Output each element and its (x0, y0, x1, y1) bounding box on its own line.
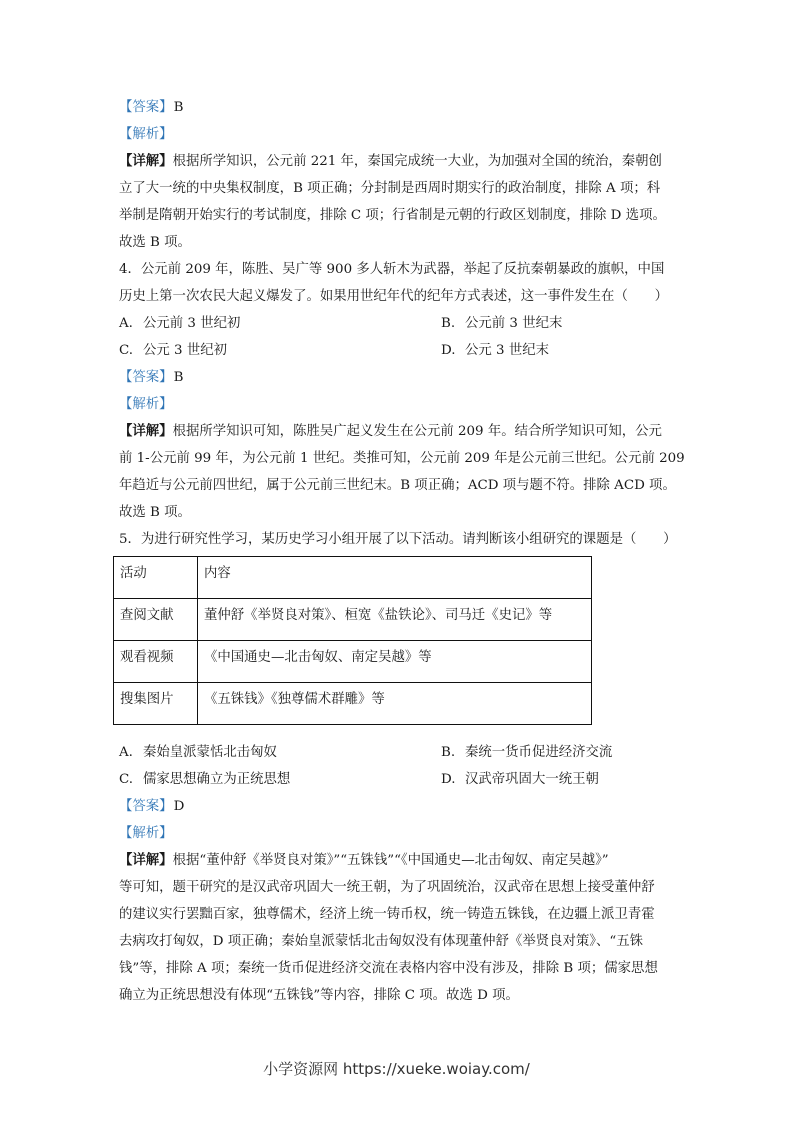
option-a: A.秦始皇派蒙恬北击匈奴 (119, 739, 441, 766)
options-grid: A.秦始皇派蒙恬北击匈奴 B.秦统一货币促进经济交流 C.儒家思想确立为正统思想… (119, 739, 679, 793)
detail-label: 【详解】 (119, 423, 173, 439)
answer-value: D (174, 799, 185, 814)
option-b: B.公元前 3 世纪末 (441, 310, 681, 337)
detail-line: 立了大一统的中央集权制度，B 项正确；分封制是西周时期实行的政治制度，排除 A … (119, 175, 679, 202)
question-stem: 5．为进行研究性学习，某历史学习小组开展了以下活动。请判断该小组研究的课题是（ … (119, 526, 679, 553)
detail-line: 【详解】根据所学知识可知，陈胜吴广起义发生在公元前 209 年。结合所学知识可知… (119, 418, 679, 445)
detail-line: 的建议实行罢黜百家，独尊儒术，经济上统一铸币权，统一铸造五铢钱，在边疆上派卫青霍 (119, 901, 679, 928)
detail-line: 举制是隋朝开始实行的考试制度，排除 C 项；行省制是元朝的行政区划制度，排除 D… (119, 202, 679, 229)
footer-watermark: 小学资源网 https://xueke.woiay.com/ (0, 1058, 793, 1079)
table-cell: 查阅文献 (114, 599, 198, 641)
answer-line: 【答案】D (119, 793, 679, 820)
detail-line: 等可知，题干研究的是汉武帝巩固大一统王朝，为了巩固统治，汉武帝在思想上接受董仲舒 (119, 874, 679, 901)
table-row: 查阅文献 董仲舒《举贤良对策》、桓宽《盐铁论》、司马迁《史记》等 (114, 599, 592, 641)
table-header-cell: 内容 (198, 557, 592, 599)
table-row: 搜集图片 《五铢钱》《独尊儒术群雕》等 (114, 683, 592, 725)
option-c: C.公元 3 世纪初 (119, 337, 441, 364)
option-b: B.秦统一货币促进经济交流 (441, 739, 681, 766)
detail-text: 根据所学知识，公元前 221 年，秦国完成统一大业，为加强对全国的统治，秦朝创 (173, 154, 662, 169)
answer-label: 【答案】 (119, 100, 173, 115)
detail-text: 根据所学知识可知，陈胜吴广起义发生在公元前 209 年。结合所学知识可知，公元 (173, 424, 662, 439)
detail-line: 故选 B 项。 (119, 229, 679, 256)
question-stem: 4．公元前 209 年，陈胜、吴广等 900 多人斩木为武器，举起了反抗秦朝暴政… (119, 256, 679, 283)
activity-table: 活动 内容 查阅文献 董仲舒《举贤良对策》、桓宽《盐铁论》、司马迁《史记》等 观… (113, 556, 592, 725)
table-cell: 董仲舒《举贤良对策》、桓宽《盐铁论》、司马迁《史记》等 (198, 599, 592, 641)
options-grid: A.公元前 3 世纪初 B.公元前 3 世纪末 C.公元 3 世纪初 D.公元 … (119, 310, 679, 364)
question-4: 4．公元前 209 年，陈胜、吴广等 900 多人斩木为武器，举起了反抗秦朝暴政… (119, 256, 679, 526)
answer-value: B (174, 100, 184, 115)
answer-label: 【答案】 (119, 370, 173, 385)
answer-line: 【答案】B (119, 94, 679, 121)
detail-line: 【详解】根据所学知识，公元前 221 年，秦国完成统一大业，为加强对全国的统治，… (119, 148, 679, 175)
answer-line: 【答案】B (119, 364, 679, 391)
document-page: 【答案】B 【解析】 【详解】根据所学知识，公元前 221 年，秦国完成统一大业… (119, 94, 679, 1009)
table-row: 观看视频 《中国通史—北击匈奴、南定吴越》等 (114, 641, 592, 683)
option-d: D.公元 3 世纪末 (441, 337, 681, 364)
detail-line: 去病攻打匈奴，D 项正确；秦始皇派蒙恬北击匈奴没有体现董仲舒《举贤良对策》、“五… (119, 928, 679, 955)
analysis-label: 【解析】 (119, 127, 173, 142)
q3-answer-section: 【答案】B 【解析】 【详解】根据所学知识，公元前 221 年，秦国完成统一大业… (119, 94, 679, 256)
analysis-label: 【解析】 (119, 826, 173, 841)
table-cell: 观看视频 (114, 641, 198, 683)
table-header-cell: 活动 (114, 557, 198, 599)
answer-label: 【答案】 (119, 799, 173, 814)
detail-line: 确立为正统思想没有体现“五铢钱”等内容，排除 C 项。故选 D 项。 (119, 982, 679, 1009)
table-header-row: 活动 内容 (114, 557, 592, 599)
analysis-line: 【解析】 (119, 121, 679, 148)
table-cell: 《中国通史—北击匈奴、南定吴越》等 (198, 641, 592, 683)
question-5: 5．为进行研究性学习，某历史学习小组开展了以下活动。请判断该小组研究的课题是（ … (119, 526, 679, 1009)
question-stem: 历史上第一次农民大起义爆发了。如果用世纪年代的纪年方式表述，这一事件发生在（ ） (119, 283, 679, 310)
detail-line: 年趋近与公元前四世纪，属于公元前三世纪末。B 项正确；ACD 项与题不符。排除 … (119, 472, 679, 499)
analysis-line: 【解析】 (119, 391, 679, 418)
detail-line: 【详解】根据“董仲舒《举贤良对策》”“五铢钱”“《中国通史—北击匈奴、南定吴越》… (119, 847, 679, 874)
option-d: D.汉武帝巩固大一统王朝 (441, 766, 681, 793)
analysis-label: 【解析】 (119, 397, 173, 412)
detail-label: 【详解】 (119, 852, 173, 868)
option-c: C.儒家思想确立为正统思想 (119, 766, 441, 793)
detail-line: 故选 B 项。 (119, 499, 679, 526)
analysis-line: 【解析】 (119, 820, 679, 847)
table-cell: 《五铢钱》《独尊儒术群雕》等 (198, 683, 592, 725)
detail-line: 钱”等，排除 A 项；秦统一货币促进经济交流在表格内容中没有涉及，排除 B 项；… (119, 955, 679, 982)
detail-text: 根据“董仲舒《举贤良对策》”“五铢钱”“《中国通史—北击匈奴、南定吴越》” (173, 853, 609, 868)
option-a: A.公元前 3 世纪初 (119, 310, 441, 337)
table-cell: 搜集图片 (114, 683, 198, 725)
detail-label: 【详解】 (119, 153, 173, 169)
answer-value: B (174, 370, 184, 385)
detail-line: 前 1-公元前 99 年，为公元前 1 世纪。类推可知，公元前 209 年是公元… (119, 445, 679, 472)
